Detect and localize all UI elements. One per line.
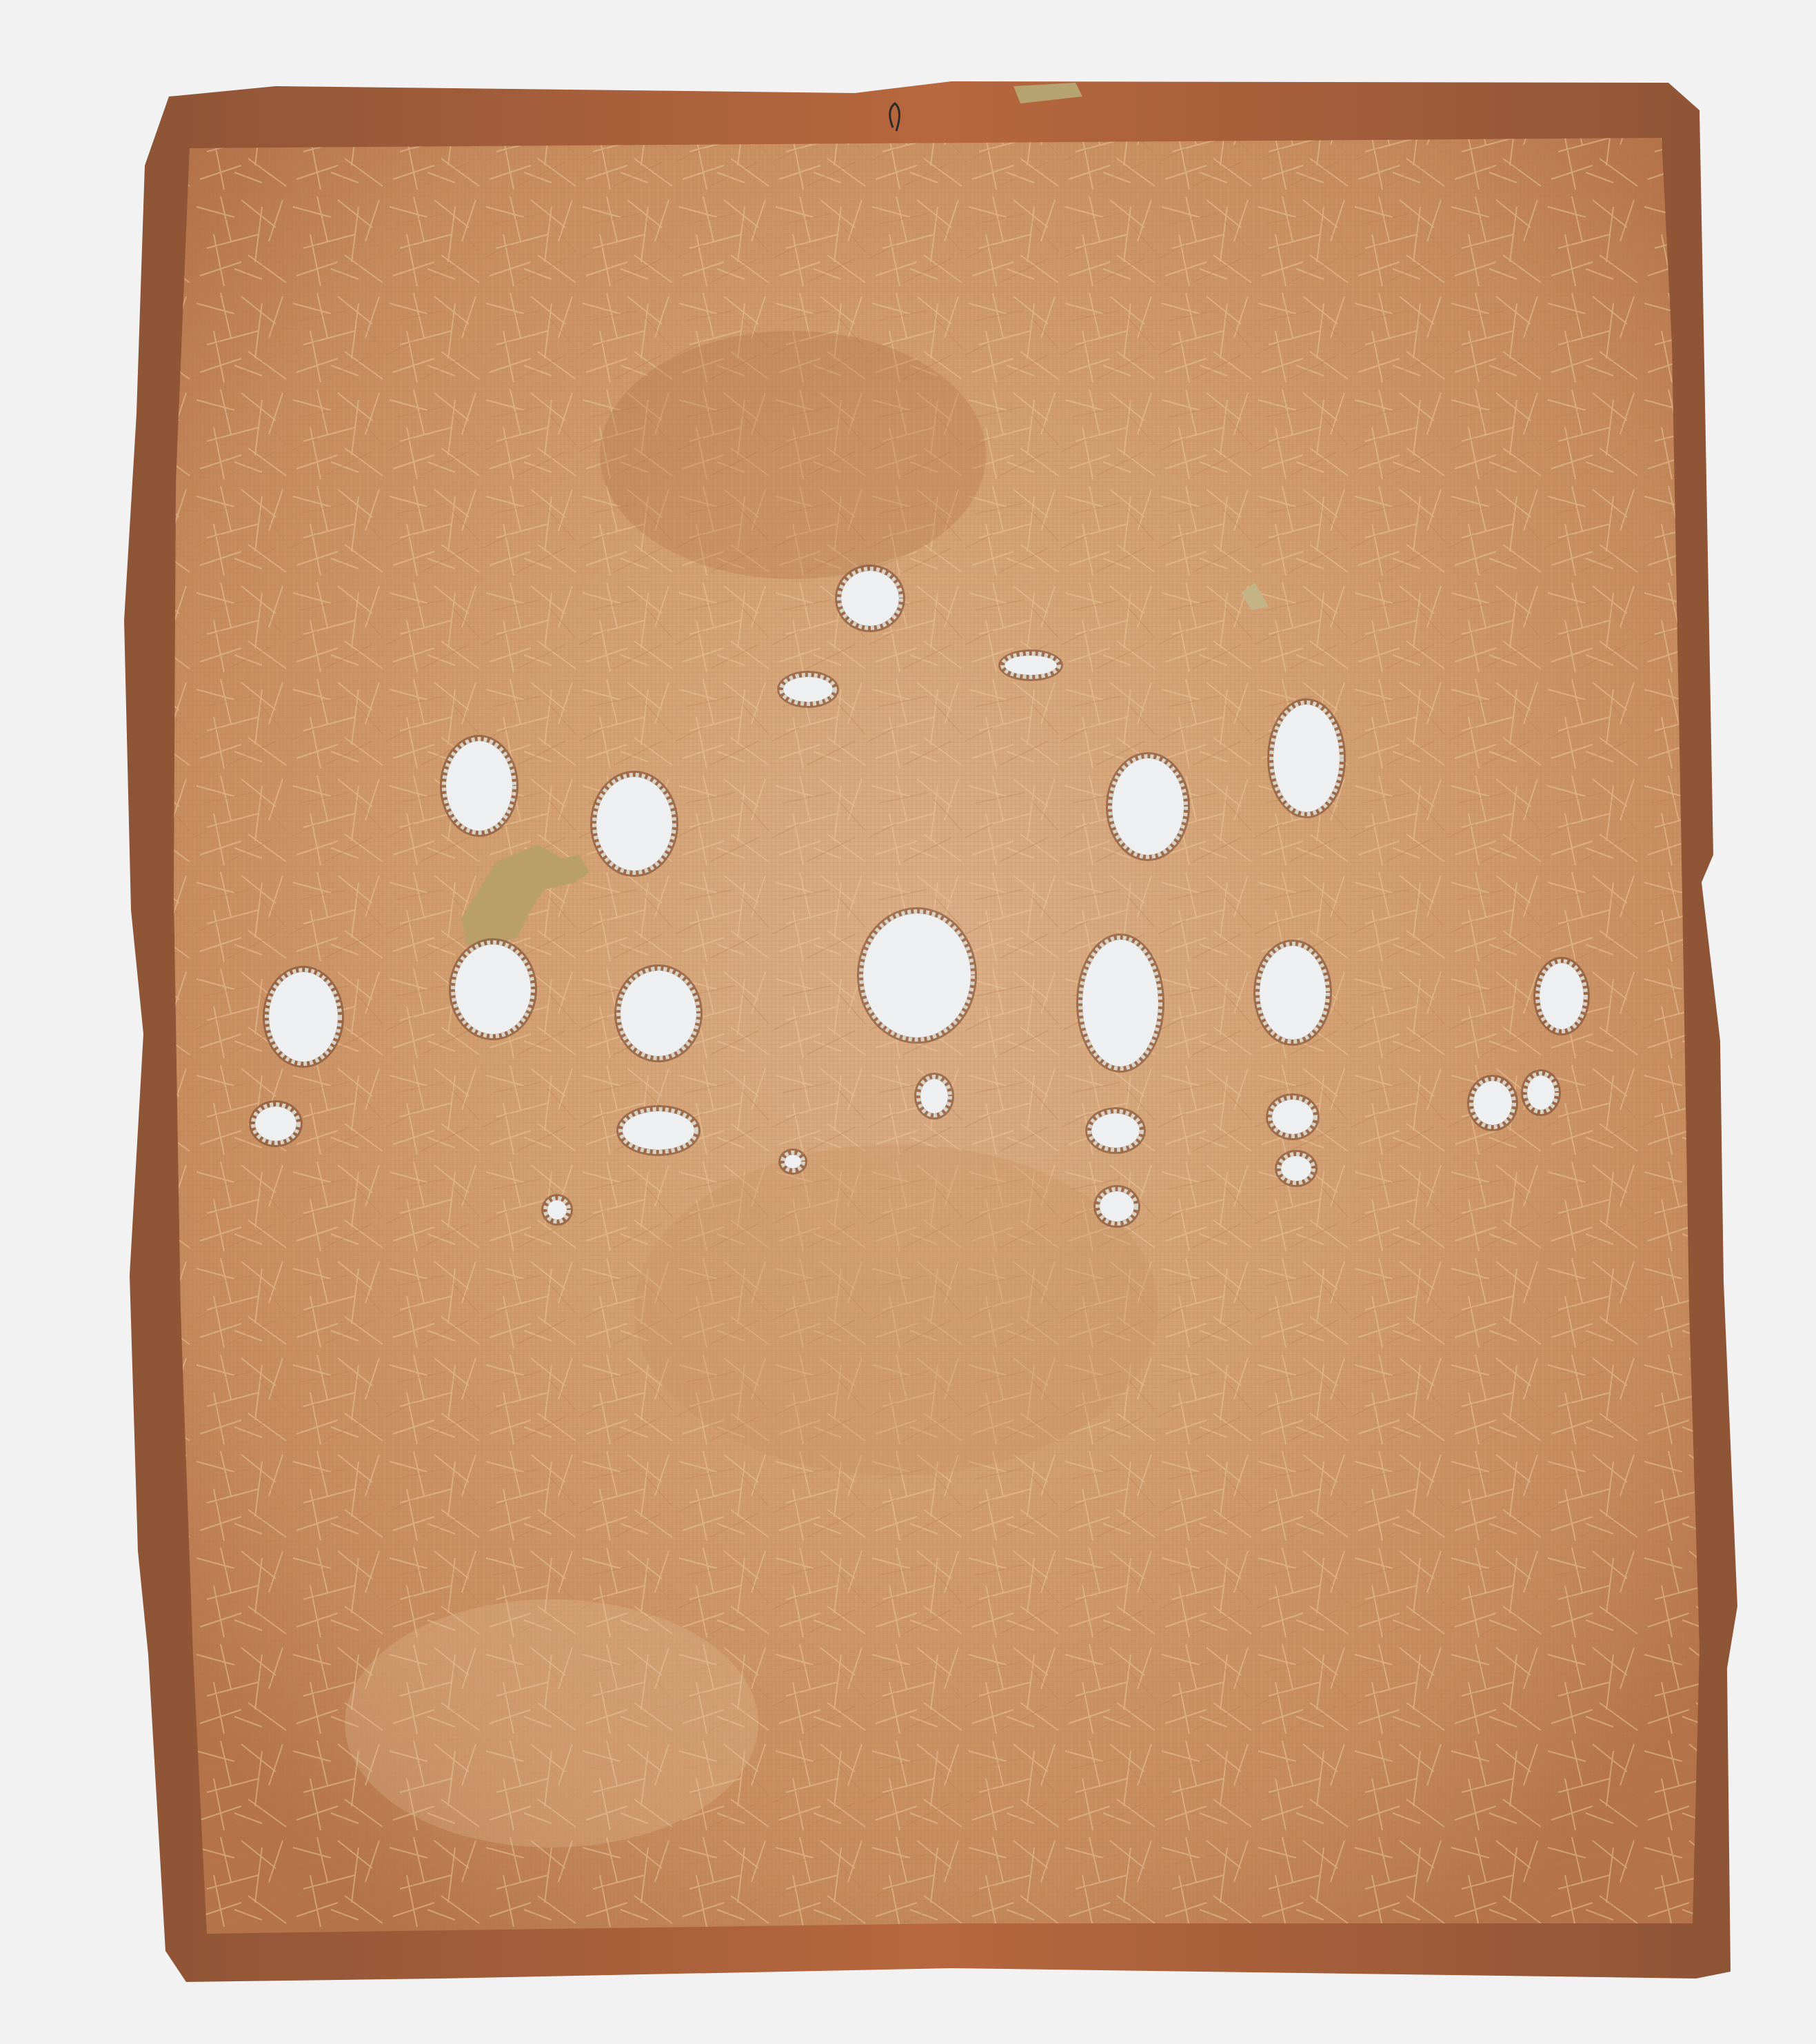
beaded-hole: [998, 649, 1063, 681]
beaded-hole: [857, 907, 977, 1044]
beaded-hole: [914, 1073, 954, 1120]
beaded-hole: [1275, 1150, 1318, 1187]
beaded-hole: [541, 1194, 573, 1226]
beaded-hole: [249, 1100, 303, 1147]
beaded-hole: [616, 1105, 700, 1156]
beaded-hole: [590, 771, 678, 877]
beaded-hole: [1521, 1069, 1561, 1116]
beaded-hole: [263, 966, 344, 1068]
beaded-hole: [440, 735, 518, 837]
beaded-hole: [449, 938, 537, 1040]
beaded-hole: [614, 964, 703, 1062]
beaded-hole: [1267, 698, 1346, 818]
beaded-hole: [1533, 957, 1590, 1035]
beaded-hole: [778, 1149, 807, 1175]
beaded-hole: [1266, 1093, 1320, 1140]
beaded-hole: [1076, 933, 1164, 1073]
beaded-hole: [1253, 940, 1332, 1046]
fabric-icon-backing-photo: [0, 0, 1816, 2044]
beaded-hole: [1467, 1075, 1518, 1131]
beaded-hole: [1093, 1185, 1140, 1228]
beaded-hole: [1106, 752, 1190, 861]
beaded-hole: [777, 671, 839, 708]
beaded-hole: [835, 565, 905, 632]
beaded-hole: [1085, 1107, 1146, 1154]
